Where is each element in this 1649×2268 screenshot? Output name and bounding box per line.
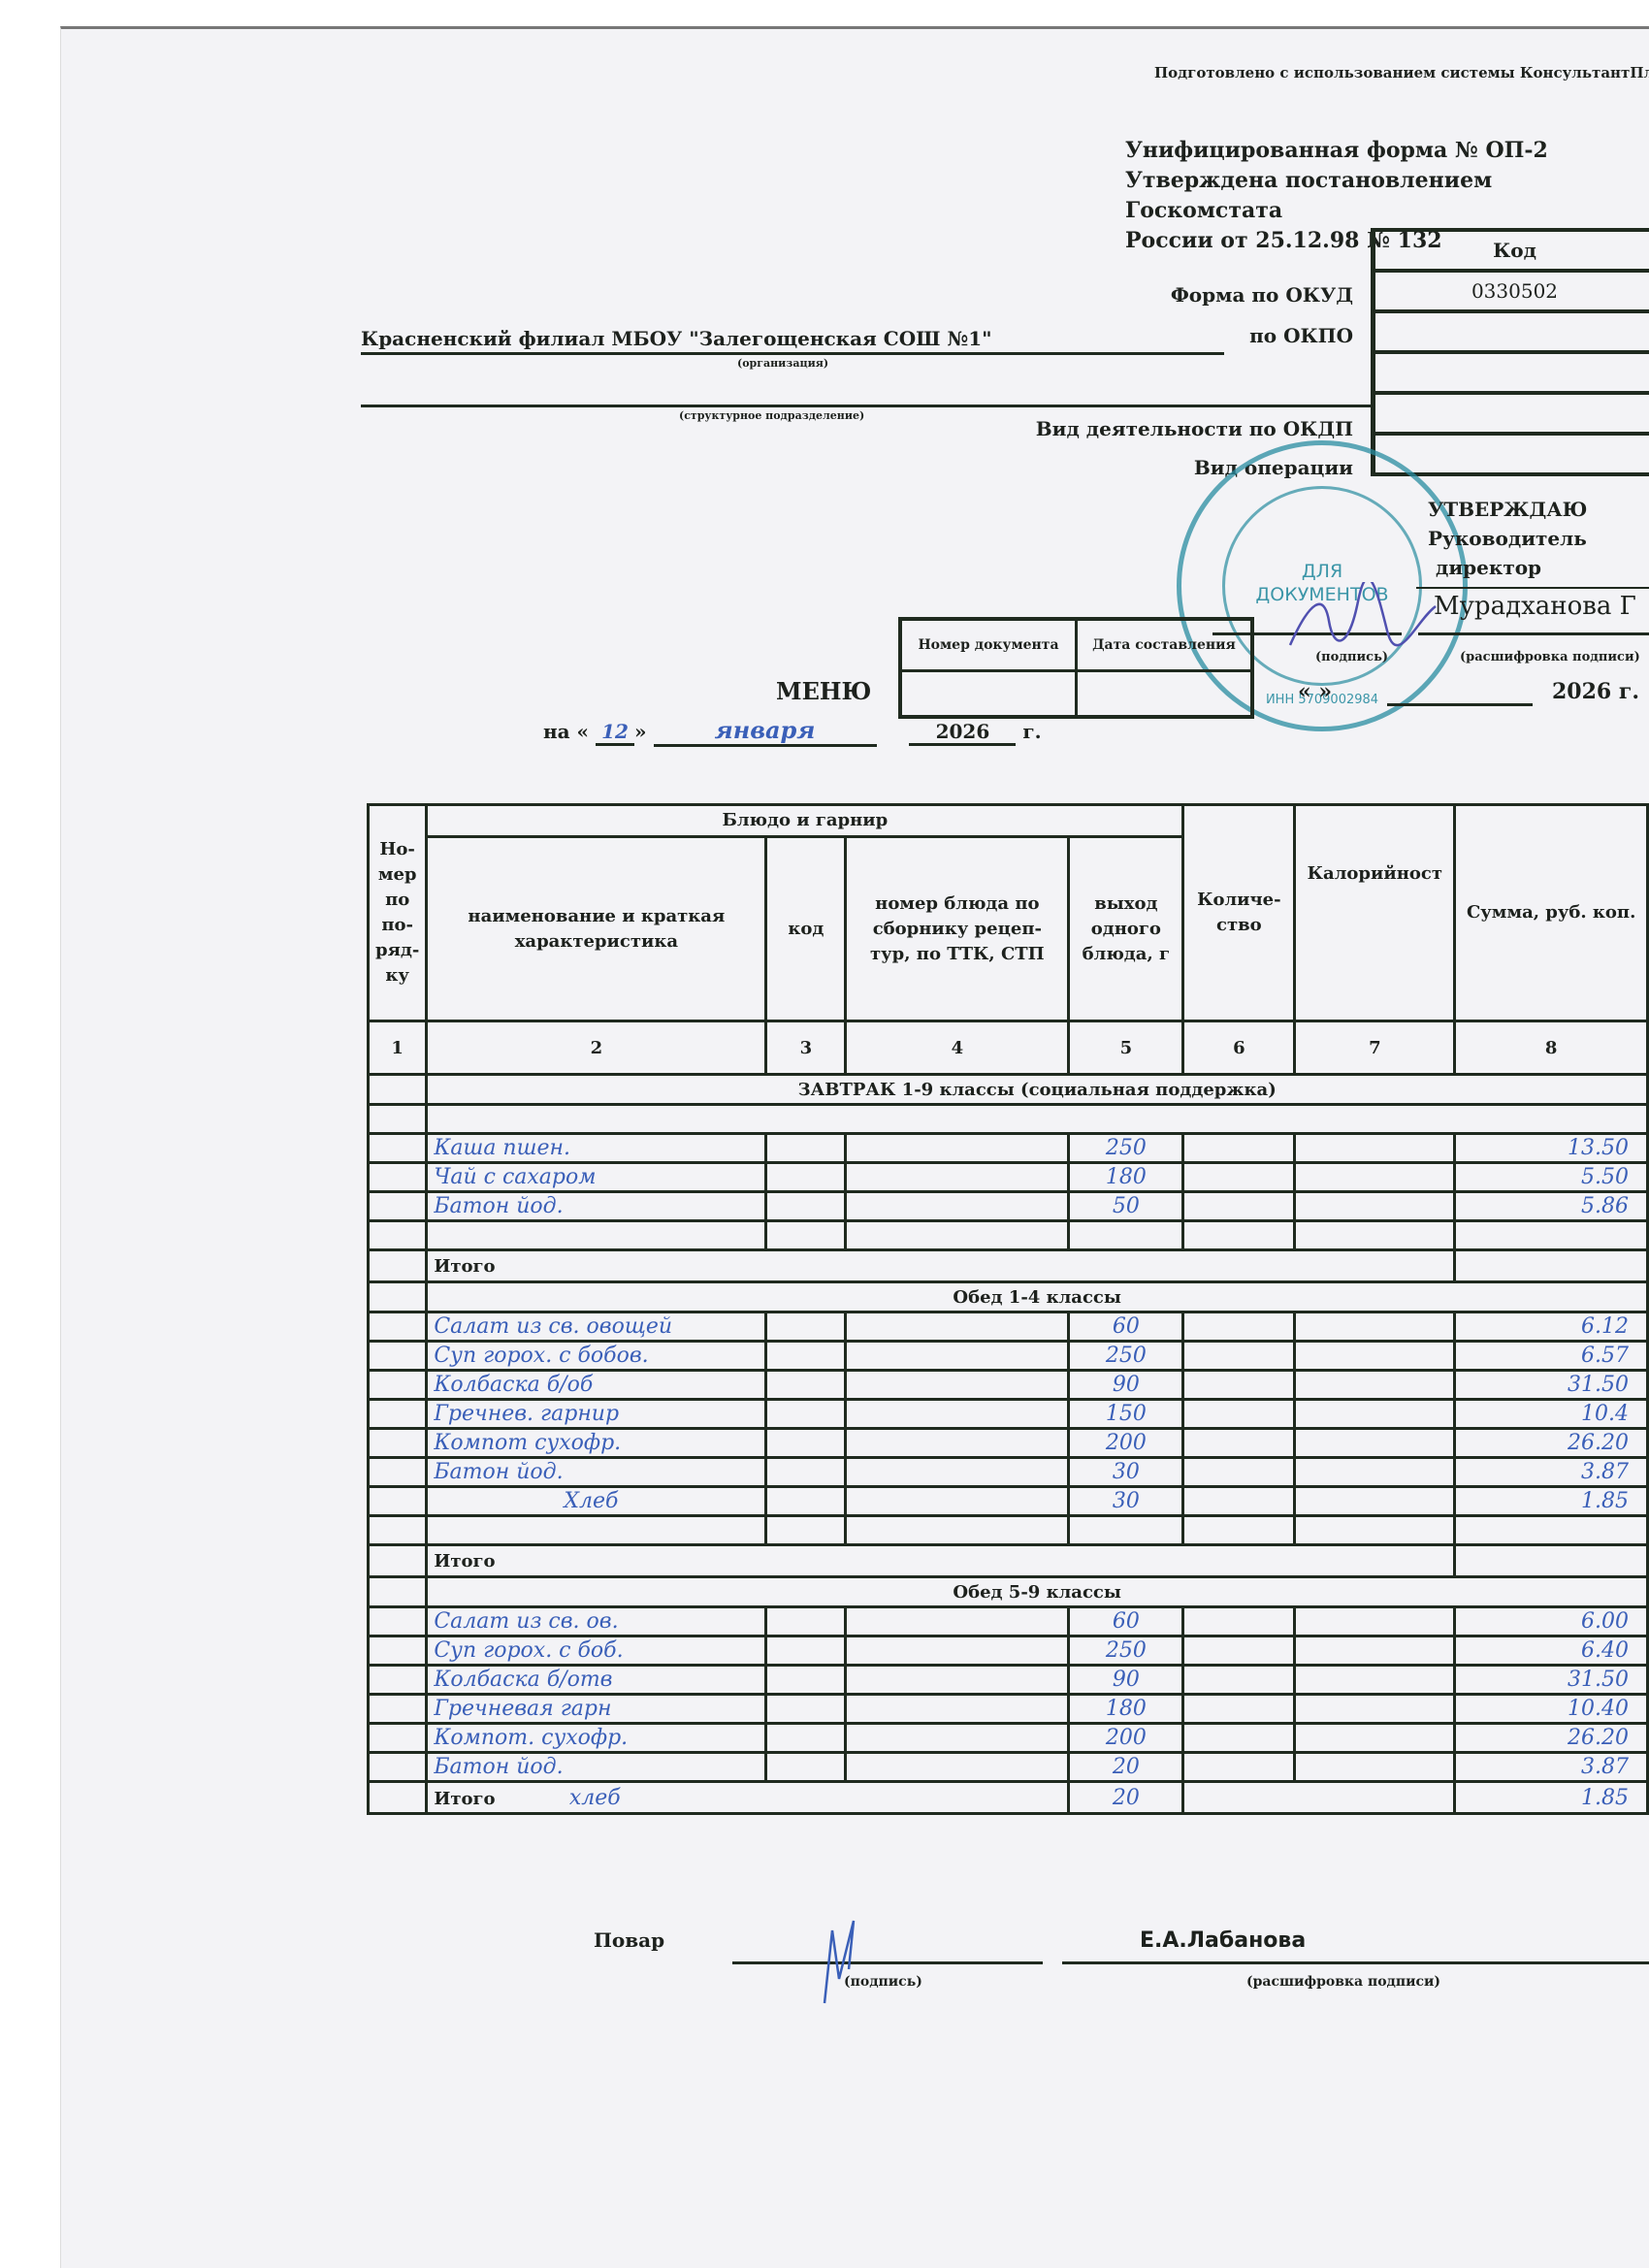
- dish-name: Колбаска б/отв: [427, 1666, 766, 1695]
- total-label: Итого: [434, 1789, 495, 1809]
- dish-yield: 200: [1069, 1429, 1183, 1458]
- dish-yield: 180: [1069, 1695, 1183, 1724]
- dish-sum: 13.50: [1455, 1134, 1648, 1163]
- doc-date-value[interactable]: [1077, 671, 1253, 718]
- col-number: 7: [1295, 1021, 1455, 1075]
- col-header-yield: выход одного блюда, г: [1069, 837, 1183, 1021]
- dish-name: Компот. сухофр.: [427, 1724, 766, 1753]
- dish-yield: 60: [1069, 1312, 1183, 1342]
- doc-date-header: Дата составления: [1077, 619, 1253, 671]
- division-underline: [361, 405, 1374, 407]
- table-row: Салат из св. ов. 60 6.00: [369, 1607, 1648, 1636]
- code-header: Код: [1375, 228, 1649, 269]
- approver-position: директор: [1428, 553, 1587, 582]
- menu-table: Но-мер по по-ряд-ку Блюдо и гарнир Колич…: [367, 803, 1649, 1815]
- table-row: Батон йод. 20 3.87: [369, 1753, 1648, 1782]
- table-row: Компот. сухофр. 200 26.20: [369, 1724, 1648, 1753]
- dish-name: Салат из св. ов.: [427, 1607, 766, 1636]
- dish-sum: 26.20: [1455, 1429, 1648, 1458]
- dish-yield: 150: [1069, 1400, 1183, 1429]
- dish-yield: 90: [1069, 1666, 1183, 1695]
- okud-label: Форма по ОКУД: [1171, 283, 1353, 307]
- code-operation[interactable]: [1375, 432, 1649, 476]
- dish-sum: 5.50: [1455, 1163, 1648, 1192]
- menu-day: 12: [596, 720, 634, 746]
- dish-sum: 6.00: [1455, 1607, 1648, 1636]
- table-row: Батон йод. 50 5.86: [369, 1192, 1648, 1221]
- table-row: Хлеб 30 1.85: [369, 1487, 1648, 1516]
- section-title-breakfast: ЗАВТРАК 1-9 классы (социальная поддержка…: [427, 1075, 1648, 1105]
- division-caption: (структурное подразделение): [679, 409, 864, 422]
- col-header-recipe: номер блюда по сборнику рецеп-тур, по ТТ…: [846, 837, 1069, 1021]
- dish-yield: 250: [1069, 1342, 1183, 1371]
- dish-yield: 20: [1069, 1782, 1183, 1814]
- org-caption: (организация): [737, 357, 828, 370]
- col-number: 8: [1455, 1021, 1648, 1075]
- dish-name: Компот сухофр.: [427, 1429, 766, 1458]
- table-row: Каша пшен. 250 13.50: [369, 1134, 1648, 1163]
- dish-yield: 180: [1069, 1163, 1183, 1192]
- dish-sum: 3.87: [1455, 1753, 1648, 1782]
- code-okud[interactable]: 0330502: [1375, 269, 1649, 309]
- col-header-number: Но-мер по по-ряд-ку: [369, 805, 427, 1021]
- col-header-dish-group: Блюдо и гарнир: [427, 805, 1183, 837]
- dish-name: хлеб: [569, 1786, 621, 1810]
- col-header-name: наименование и краткая характеристика: [427, 837, 766, 1021]
- menu-date: на « 12» января 2026 г.: [543, 716, 1042, 747]
- cook-signature: [795, 1911, 873, 2008]
- col-number: 2: [427, 1021, 766, 1075]
- doc-number-value[interactable]: [900, 671, 1077, 718]
- col-number: 1: [369, 1021, 427, 1075]
- cook-sign-line: [732, 1961, 1043, 1964]
- total-row-lunch-5-9: Итого хлеб 20 1.85: [369, 1782, 1648, 1814]
- code-okpo[interactable]: [1375, 309, 1649, 350]
- dish-sum: 10.4: [1455, 1400, 1648, 1429]
- table-row: Гречнев. гарнир 150 10.4: [369, 1400, 1648, 1429]
- approval-date: « »: [1298, 679, 1332, 704]
- dish-sum: 6.57: [1455, 1342, 1648, 1371]
- director-decode-caption: (расшифровка подписи): [1460, 650, 1640, 664]
- dish-sum: 1.85: [1455, 1487, 1648, 1516]
- approval-block: УТВЕРЖДАЮ Руководитель директор: [1428, 495, 1587, 582]
- dish-sum: 26.20: [1455, 1724, 1648, 1753]
- section-title-lunch-5-9: Обед 5-9 классы: [427, 1577, 1648, 1607]
- dish-name: Батон йод.: [427, 1458, 766, 1487]
- dish-yield: 90: [1069, 1371, 1183, 1400]
- col-number: 3: [766, 1021, 846, 1075]
- cook-name: Е.А.Лабанова: [1140, 1928, 1306, 1953]
- okpo-label: по ОКПО: [1249, 324, 1353, 347]
- approve-label: УТВЕРЖДАЮ: [1428, 495, 1587, 524]
- dish-yield: 50: [1069, 1192, 1183, 1221]
- dish-name: Чай с сахаром: [427, 1163, 766, 1192]
- dish-sum: 6.40: [1455, 1636, 1648, 1666]
- dish-sum: 6.12: [1455, 1312, 1648, 1342]
- total-row-lunch-1-4: Итого: [369, 1545, 1648, 1577]
- dish-name: Гречнев. гарнир: [427, 1400, 766, 1429]
- col-number: 4: [846, 1021, 1069, 1075]
- dish-name: Батон йод.: [427, 1753, 766, 1782]
- table-row: Гречневая гарн 180 10.40: [369, 1695, 1648, 1724]
- dish-name: Суп горох. с боб.: [427, 1636, 766, 1666]
- dish-sum: 31.50: [1455, 1371, 1648, 1400]
- dish-name: Салат из св. овощей: [427, 1312, 766, 1342]
- okdp-label: Вид деятельности по ОКДП: [1036, 417, 1353, 440]
- table-row: Суп горох. с боб. 250 6.40: [369, 1636, 1648, 1666]
- dish-sum: 3.87: [1455, 1458, 1648, 1487]
- dish-yield: 250: [1069, 1636, 1183, 1666]
- table-row: Чай с сахаром 180 5.50: [369, 1163, 1648, 1192]
- cook-decode-line: [1062, 1961, 1649, 1964]
- approval-year: 2026 г.: [1552, 679, 1639, 704]
- table-row: Батон йод. 30 3.87: [369, 1458, 1648, 1487]
- document-number-table: Номер документа Дата составления: [898, 617, 1254, 719]
- col-header-calories: Калорийност: [1295, 805, 1455, 1021]
- dish-sum: 5.86: [1455, 1192, 1648, 1221]
- table-row: Колбаска б/отв 90 31.50: [369, 1666, 1648, 1695]
- total-label: Итого: [427, 1250, 1455, 1282]
- organization-name: Красненский филиал МБОУ "Залегощенская С…: [361, 327, 992, 350]
- approver-name: Мурадханова Г: [1434, 592, 1636, 621]
- code-okdp[interactable]: [1375, 391, 1649, 432]
- dish-yield: 20: [1069, 1753, 1183, 1782]
- dish-name: Колбаска б/об: [427, 1371, 766, 1400]
- dish-name: Суп горох. с бобов.: [427, 1342, 766, 1371]
- consultant-note: Подготовлено с использованием системы Ко…: [1154, 64, 1649, 81]
- dish-sum: 31.50: [1455, 1666, 1648, 1695]
- doc-number-header: Номер документа: [900, 619, 1077, 671]
- table-row: Салат из св. овощей 60 6.12: [369, 1312, 1648, 1342]
- org-underline: [361, 352, 1224, 355]
- dish-yield: 30: [1069, 1458, 1183, 1487]
- menu-year: 2026: [909, 720, 1016, 746]
- code-box: Код 0330502: [1371, 228, 1649, 476]
- dish-yield: 30: [1069, 1487, 1183, 1516]
- cook-decode-caption: (расшифровка подписи): [1246, 1974, 1440, 1990]
- dish-yield: 200: [1069, 1724, 1183, 1753]
- menu-title: МЕНЮ: [776, 677, 871, 705]
- total-label: Итого: [427, 1545, 1455, 1577]
- form-line: Унифицированная форма № ОП-2: [1125, 136, 1649, 166]
- dish-name: Батон йод.: [427, 1192, 766, 1221]
- dish-sum: 1.85: [1455, 1782, 1648, 1814]
- director-signature: [1280, 582, 1455, 660]
- table-row: Колбаска б/об 90 31.50: [369, 1371, 1648, 1400]
- col-header-sum: Сумма, руб. коп.: [1455, 805, 1648, 1021]
- col-header-quantity: Количе-ство: [1183, 805, 1295, 1021]
- approver-role: Руководитель: [1428, 524, 1587, 553]
- dish-sum: 10.40: [1455, 1695, 1648, 1724]
- table-row: Компот сухофр. 200 26.20: [369, 1429, 1648, 1458]
- dish-name: Хлеб: [427, 1487, 766, 1516]
- col-number: 5: [1069, 1021, 1183, 1075]
- dish-yield: 250: [1069, 1134, 1183, 1163]
- dish-name: Гречневая гарн: [427, 1695, 766, 1724]
- dish-yield: 60: [1069, 1607, 1183, 1636]
- menu-month: января: [654, 716, 877, 747]
- code-blank[interactable]: [1375, 350, 1649, 391]
- form-line: Утверждена постановлением Госкомстата: [1125, 166, 1649, 226]
- cook-label: Повар: [594, 1928, 664, 1952]
- table-row: Суп горох. с бобов. 250 6.57: [369, 1342, 1648, 1371]
- approval-month-line: [1387, 703, 1533, 706]
- col-number: 6: [1183, 1021, 1295, 1075]
- section-title-lunch-1-4: Обед 1-4 классы: [427, 1282, 1648, 1312]
- col-header-code: код: [766, 837, 846, 1021]
- total-row-breakfast: Итого: [369, 1250, 1648, 1282]
- dish-name: Каша пшен.: [427, 1134, 766, 1163]
